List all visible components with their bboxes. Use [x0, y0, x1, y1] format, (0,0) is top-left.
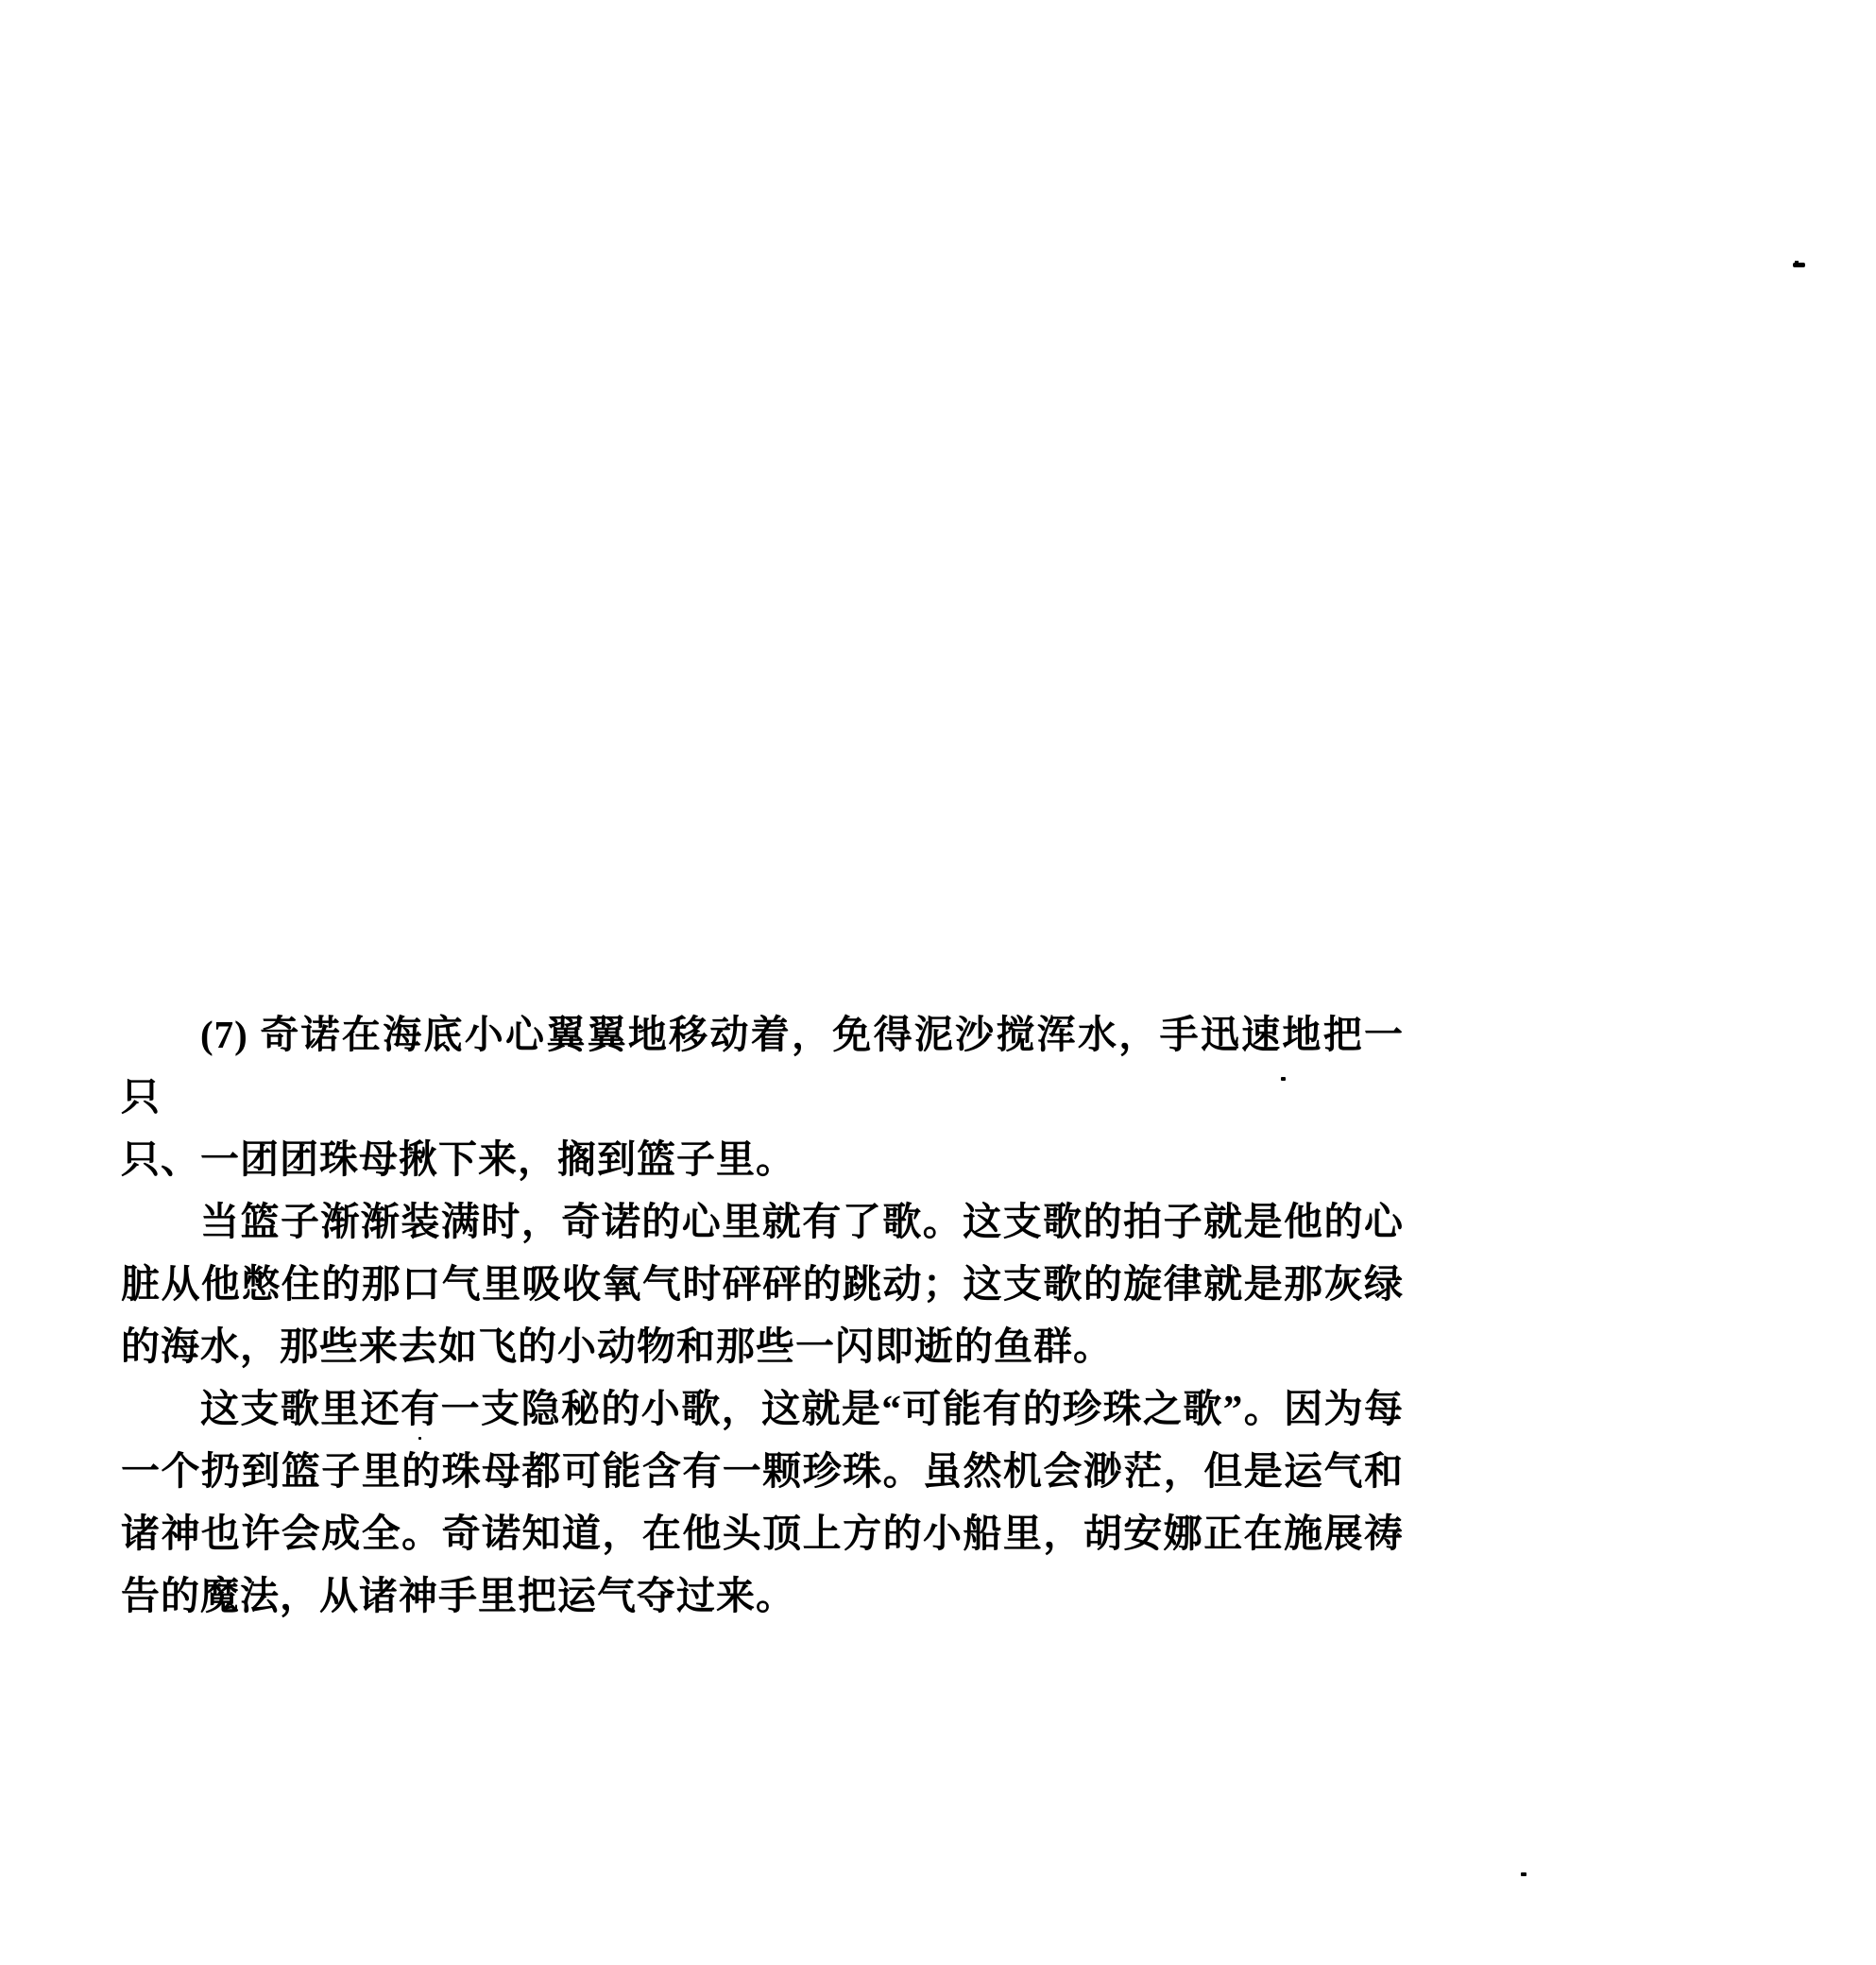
- ink-speck-mid: [418, 1437, 421, 1440]
- text-line-8: 诸神也许会成全。奇诺知道，在他头顶上方的小船里，胡安娜正在施展祷: [121, 1502, 1404, 1564]
- ink-speck-top-right: [1793, 263, 1805, 267]
- text-line-7: 一个扔到篮子里的珠母都可能含有一颗珍珠。虽然机会渺茫，但是运气和: [121, 1440, 1404, 1502]
- text-line-5: 的海水，那些来去如飞的小动物和那些一闪即逝的鱼群。: [121, 1315, 1404, 1377]
- text-line-2: 只、一团团珠母揪下来，搁到篮子里。: [121, 1128, 1404, 1190]
- text-line-6: 这支歌里还有一支隐秘的小歌，这就是“可能有的珍珠之歌”。因为每: [121, 1377, 1404, 1440]
- text-line-1: (7) 奇诺在海底小心翼翼地移动着，免得泥沙搅浑水，手迅速地把一只: [121, 1003, 1404, 1128]
- ink-speck-bottom-right: [1521, 1872, 1526, 1876]
- text-line-3: 当篮子渐渐装满时，奇诺的心里就有了歌。这支歌的拍子就是他的心: [121, 1190, 1404, 1253]
- text-line-9: 告的魔法，从诸神手里把运气夺过来。: [121, 1564, 1404, 1627]
- scanned-book-page: (7) 奇诺在海底小心翼翼地移动着，免得泥沙搅浑水，手迅速地把一只 只、一团团珠…: [0, 0, 1876, 1965]
- ink-speck-line-end: [1281, 1077, 1286, 1081]
- text-line-4: 脏从他憋住的那口气里吸收氧气时砰砰的跳动；这支歌的旋律就是那灰绿: [121, 1253, 1404, 1315]
- body-text-block: (7) 奇诺在海底小心翼翼地移动着，免得泥沙搅浑水，手迅速地把一只 只、一团团珠…: [121, 1003, 1404, 1627]
